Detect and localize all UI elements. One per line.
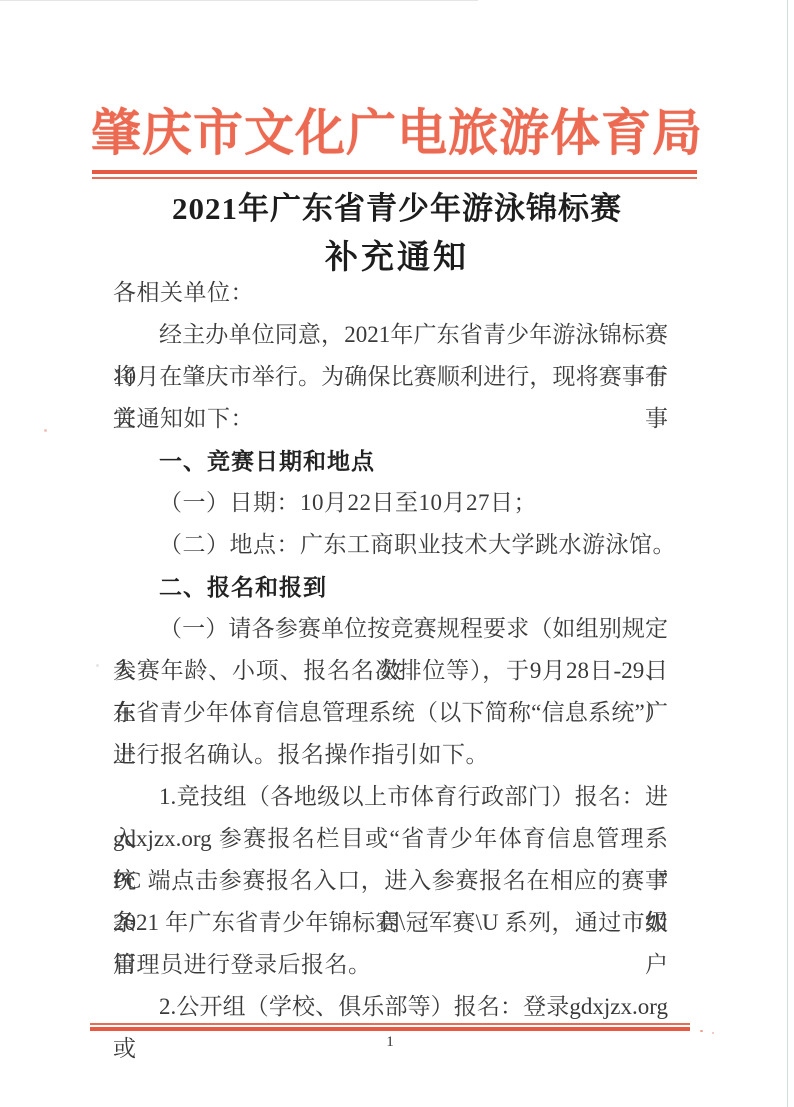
body-line: 东省青少年体育信息管理系统（以下简称“信息系统”）上 <box>113 692 668 734</box>
body-line: 1.竞技组（各地级以上市体育行政部门）报名：进入 <box>113 776 668 818</box>
body-line: 10月在肇庆市举行。为确保比赛顺利进行，现将赛事有关事 <box>113 356 668 398</box>
scan-speck <box>44 429 47 432</box>
scan-speck <box>712 1032 714 1034</box>
scan-edge-line <box>0 0 478 1</box>
rule-thick-bar <box>92 170 697 174</box>
page-number: 1 <box>90 1034 690 1051</box>
body-line: （一）日期：10月22日至10月27日； <box>113 482 668 524</box>
letterhead-double-rule <box>92 170 697 179</box>
scan-speck <box>96 664 99 667</box>
document-title: 2021年广东省青少年游泳锦标赛 <box>0 189 794 229</box>
body-line: 经主办单位同意，2021年广东省青少年游泳锦标赛将于 <box>113 314 668 356</box>
letterhead-org-name: 肇庆市文化广电旅游体育局 <box>0 100 794 166</box>
body-line: PC 端点击参赛报名入口，进入参赛报名在相应的赛事条目如 <box>113 860 668 902</box>
body-line: 参赛年龄、小项、报名名次排位等），于9月28日-29日在广 <box>113 650 668 692</box>
section-heading: 二、报名和报到 <box>113 566 668 608</box>
rule-thick-bar <box>90 1027 690 1031</box>
body-line: gdxjzx.org 参赛报名栏目或“省青少年体育信息管理系统” <box>113 818 668 860</box>
body-line: 2.公开组（学校、俱乐部等）报名：登录gdxjzx.org或 <box>113 986 668 1028</box>
body-line: 进行报名确认。报名操作指引如下。 <box>113 734 668 776</box>
body-line: 2021 年广东省青少年锦标赛\冠军赛\U 系列，通过市级用户 <box>113 902 668 944</box>
footer-double-rule <box>90 1023 690 1031</box>
scan-edge-line <box>787 0 788 1107</box>
scan-speck <box>700 1030 703 1032</box>
document-page: 肇庆市文化广电旅游体育局 2021年广东省青少年游泳锦标赛 补充通知 各相关单位… <box>0 0 794 1107</box>
section-heading: 一、竞赛日期和地点 <box>113 440 668 482</box>
body-line: 各相关单位： <box>113 272 668 314</box>
document-body: 各相关单位：经主办单位同意，2021年广东省青少年游泳锦标赛将于10月在肇庆市举… <box>113 272 668 1028</box>
rule-thin-bar <box>92 177 697 179</box>
rule-thin-bar <box>90 1023 690 1025</box>
body-line: （一）请各参赛单位按竞赛规程要求（如组别规定人数、 <box>113 608 668 650</box>
body-line: （二）地点：广东工商职业技术大学跳水游泳馆。 <box>113 524 668 566</box>
